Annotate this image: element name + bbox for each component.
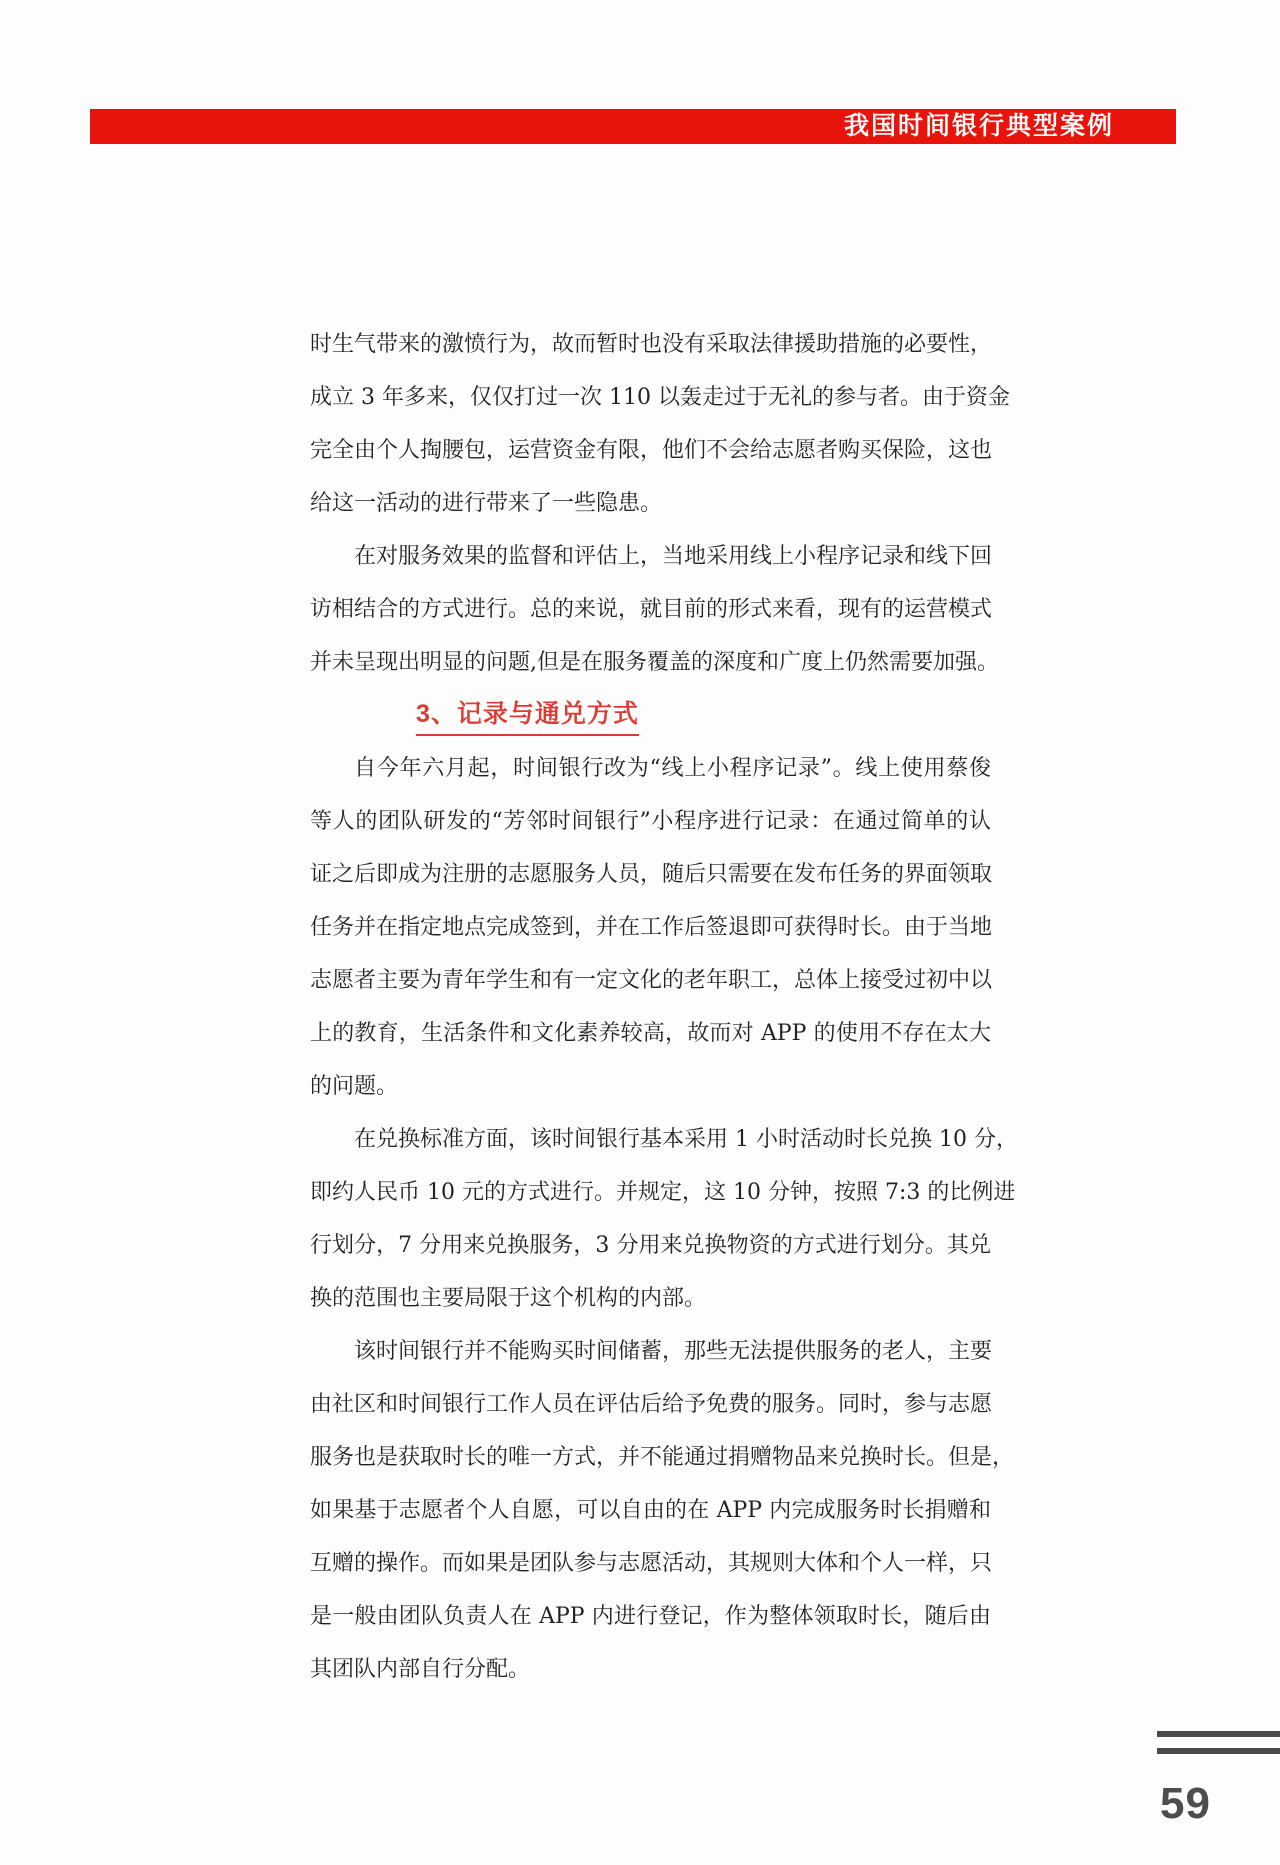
paragraph2-line: 并未呈现出明显的问题,但是在服务覆盖的深度和广度上仍然需要加强。 bbox=[310, 636, 991, 689]
paragraph4-line: 在兑换标准方面，该时间银行基本采用 1 小时活动时长兑换 10 分， bbox=[310, 1113, 991, 1166]
section-heading: 3、记录与通兑方式 bbox=[310, 689, 991, 742]
paragraph3-line: 志愿者主要为青年学生和有一定文化的老年职工，总体上接受过初中以 bbox=[310, 954, 991, 1007]
paragraph4-line: 行划分，7 分用来兑换服务，3 分用来兑换物资的方式进行划分。其兑 bbox=[310, 1219, 991, 1272]
paragraph1-line: 成立 3 年多来，仅仅打过一次 110 以轰走过于无礼的参与者。由于资金 bbox=[310, 371, 991, 424]
paragraph5-line: 服务也是获取时长的唯一方式，并不能通过捐赠物品来兑换时长。但是， bbox=[310, 1431, 991, 1484]
paragraph3-line: 的问题。 bbox=[310, 1060, 991, 1113]
paragraph3-line: 上的教育，生活条件和文化素养较高，故而对 APP 的使用不存在太大 bbox=[310, 1007, 991, 1060]
paragraph1-line: 给这一活动的进行带来了一些隐患。 bbox=[310, 477, 991, 530]
paragraph5-line: 如果基于志愿者个人自愿，可以自由的在 APP 内完成服务时长捐赠和 bbox=[310, 1484, 991, 1537]
header-bar: 我国时间银行典型案例 bbox=[90, 109, 1176, 144]
paragraph5-line: 其团队内部自行分配。 bbox=[310, 1643, 991, 1696]
paragraph1-line: 时生气带来的激愤行为，故而暂时也没有采取法律援助措施的必要性， bbox=[310, 318, 991, 371]
paragraph4-line: 换的范围也主要局限于这个机构的内部。 bbox=[310, 1272, 991, 1325]
page-number: 59 bbox=[1160, 1779, 1211, 1829]
section-heading-label: 3、记录与通兑方式 bbox=[416, 694, 639, 736]
paragraph2-line: 在对服务效果的监督和评估上，当地采用线上小程序记录和线下回 bbox=[310, 530, 991, 583]
paragraph5-line: 由社区和时间银行工作人员在评估后给予免费的服务。同时，参与志愿 bbox=[310, 1378, 991, 1431]
body-text: 时生气带来的激愤行为，故而暂时也没有采取法律援助措施的必要性， 成立 3 年多来… bbox=[310, 318, 991, 1696]
paragraph3-line: 证之后即成为注册的志愿服务人员，随后只需要在发布任务的界面领取 bbox=[310, 848, 991, 901]
paragraph4-line: 即约人民币 10 元的方式进行。并规定，这 10 分钟，按照 7:3 的比例进 bbox=[310, 1166, 991, 1219]
header-title: 我国时间银行典型案例 bbox=[844, 109, 1176, 144]
paragraph3-line: 任务并在指定地点完成签到，并在工作后签退即可获得时长。由于当地 bbox=[310, 901, 991, 954]
paragraph5-line: 互赠的操作。而如果是团队参与志愿活动，其规则大体和个人一样，只 bbox=[310, 1537, 991, 1590]
paragraph5-line: 该时间银行并不能购买时间储蓄，那些无法提供服务的老人，主要 bbox=[310, 1325, 991, 1378]
paragraph3-line: 自今年六月起，时间银行改为“线上小程序记录”。线上使用蔡俊 bbox=[310, 742, 991, 795]
footer-rule-bottom bbox=[1157, 1748, 1280, 1754]
paragraph5-line: 是一般由团队负责人在 APP 内进行登记，作为整体领取时长，随后由 bbox=[310, 1590, 991, 1643]
document-page: 我国时间银行典型案例 时生气带来的激愤行为，故而暂时也没有采取法律援助措施的必要… bbox=[0, 0, 1280, 1865]
paragraph2-line: 访相结合的方式进行。总的来说，就目前的形式来看，现有的运营模式 bbox=[310, 583, 991, 636]
footer-rule-top bbox=[1157, 1731, 1280, 1737]
paragraph1-line: 完全由个人掏腰包，运营资金有限，他们不会给志愿者购买保险，这也 bbox=[310, 424, 991, 477]
paragraph3-line: 等人的团队研发的“芳邻时间银行”小程序进行记录：在通过简单的认 bbox=[310, 795, 991, 848]
